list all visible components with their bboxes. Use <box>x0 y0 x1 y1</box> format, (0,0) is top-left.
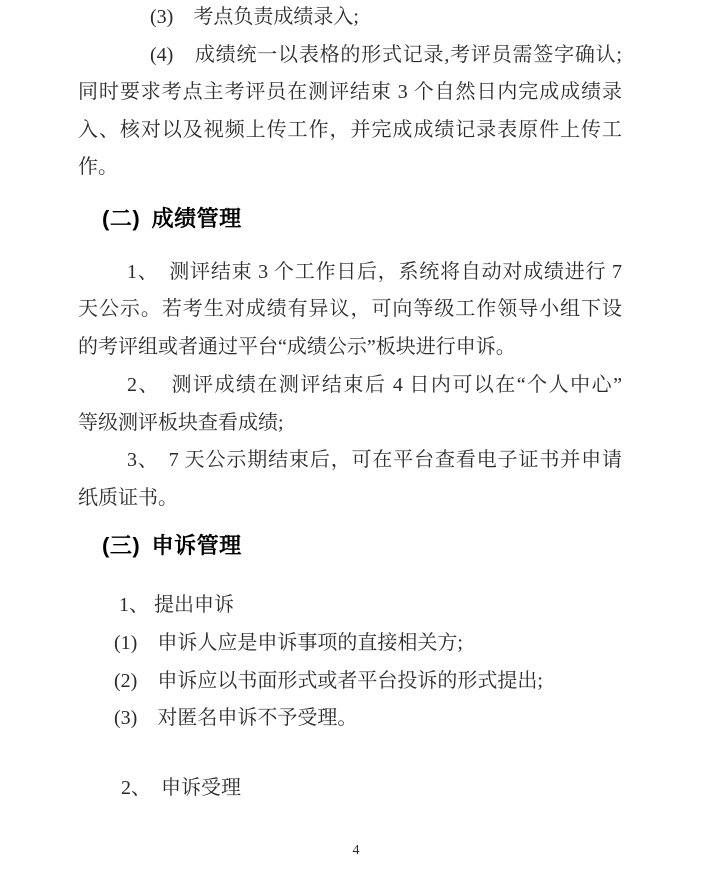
doc-line: 的考评组或者通过平台“成绩公示”板块进行申诉。 <box>78 332 516 362</box>
doc-line: 天公示。若考生对成绩有异议，可向等级工作领导小组下设 <box>78 294 622 324</box>
page-number: 4 <box>0 841 712 861</box>
doc-line: (4) 成绩统一以表格的形式记录,考评员需签字确认; <box>150 40 622 70</box>
section-heading: (三) 申诉管理 <box>102 529 242 563</box>
doc-line: 同时要求考点主考评员在测评结束 3 个自然日内完成成绩录 <box>78 77 622 107</box>
doc-line: 入、核对以及视频上传工作，并完成成绩记录表原件上传工 <box>78 115 622 145</box>
document-page: (3) 考点负责成绩录入; (4) 成绩统一以表格的形式记录,考评员需签字确认;… <box>0 0 712 889</box>
doc-line: 等级测评板块查看成绩; <box>78 408 284 438</box>
doc-line: 2、 测评成绩在测评结束后 4 日内可以在“个人中心” <box>127 370 622 400</box>
doc-line: 纸质证书。 <box>78 483 178 513</box>
doc-line: 作。 <box>78 152 118 182</box>
doc-line: (1) 申诉人应是申诉事项的直接相关方; <box>114 628 463 658</box>
doc-line: (2) 申诉应以书面形式或者平台投诉的形式提出; <box>114 666 543 696</box>
doc-line: 1、 测评结束 3 个工作日后，系统将自动对成绩进行 7 <box>127 257 622 287</box>
doc-line: 1、 提出申诉 <box>119 590 234 620</box>
section-heading: (二) 成绩管理 <box>102 202 242 236</box>
doc-line: 3、 7 天公示期结束后，可在平台查看电子证书并申请 <box>127 445 622 475</box>
doc-line: 2、 申诉受理 <box>121 773 241 803</box>
doc-line: (3) 考点负责成绩录入; <box>150 2 359 32</box>
doc-line: (3) 对匿名申诉不予受理。 <box>114 703 357 733</box>
